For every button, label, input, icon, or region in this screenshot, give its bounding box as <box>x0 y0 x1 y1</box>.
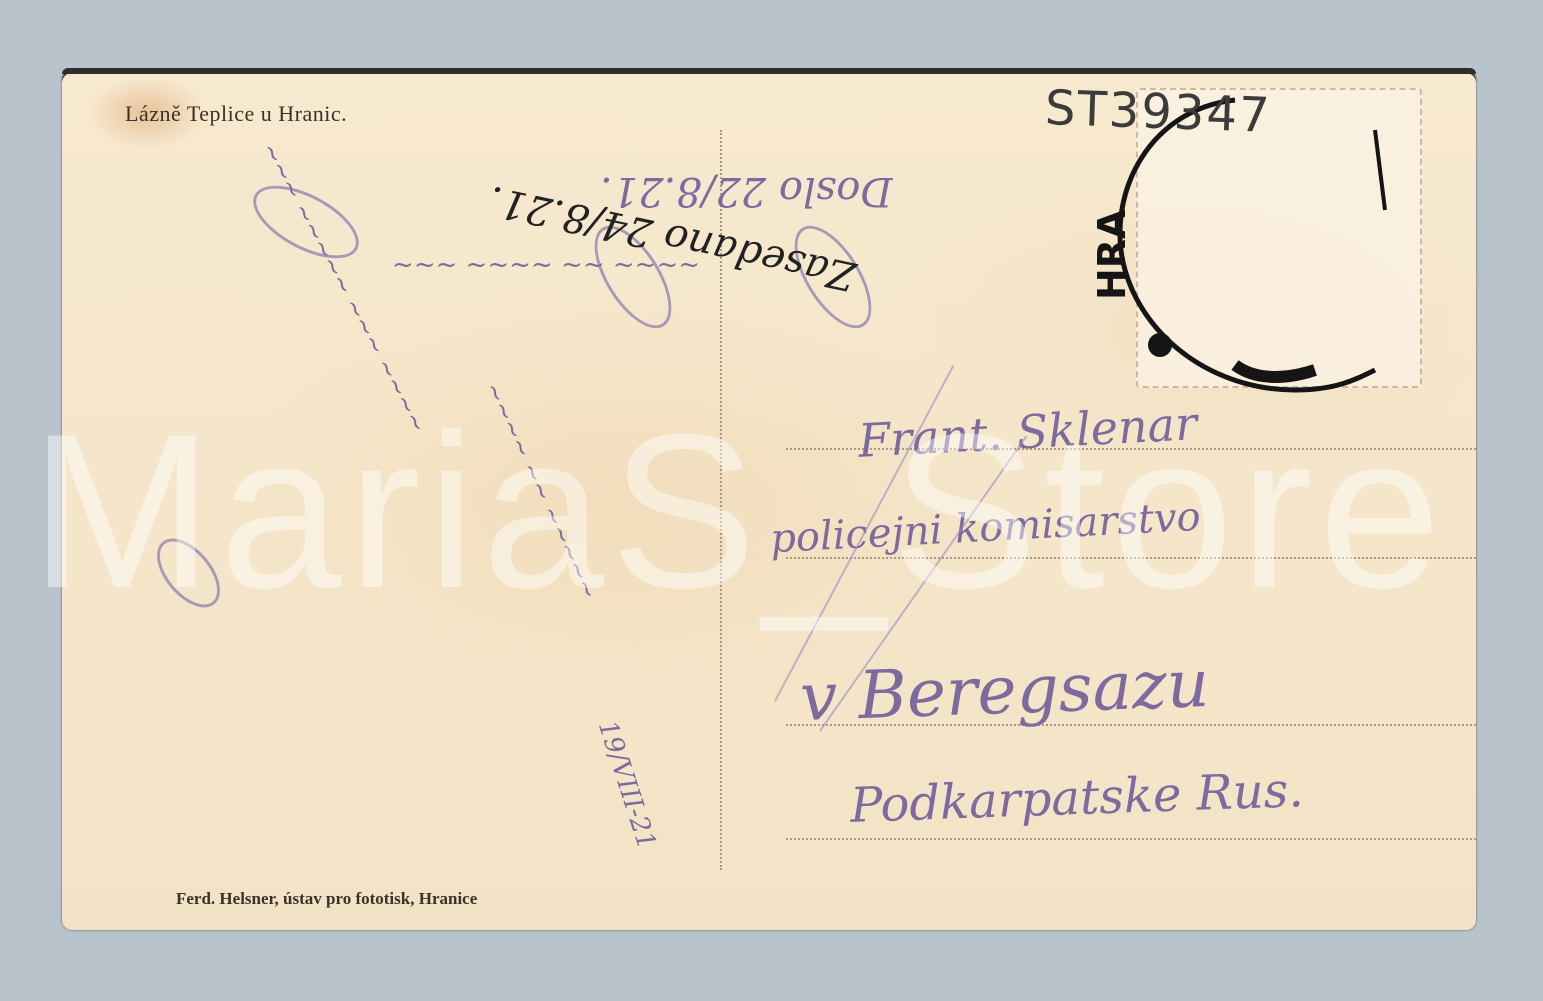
postcard-title: Lázně Teplice u Hranic. <box>125 101 347 127</box>
publisher-imprint: Ferd. Helsner, ústav pro fototisk, Hrani… <box>176 889 477 909</box>
address-city: v Beregsazu <box>799 645 1211 736</box>
watermark: MariaS_Store <box>30 385 1447 638</box>
address-line-4 <box>786 838 1476 840</box>
svg-text:HRA: HRA <box>1090 209 1134 300</box>
catalog-number: ST39347 <box>1044 80 1272 144</box>
received-note: Doslo 22/8.21. <box>600 168 892 214</box>
postcard-edge <box>62 68 1476 74</box>
